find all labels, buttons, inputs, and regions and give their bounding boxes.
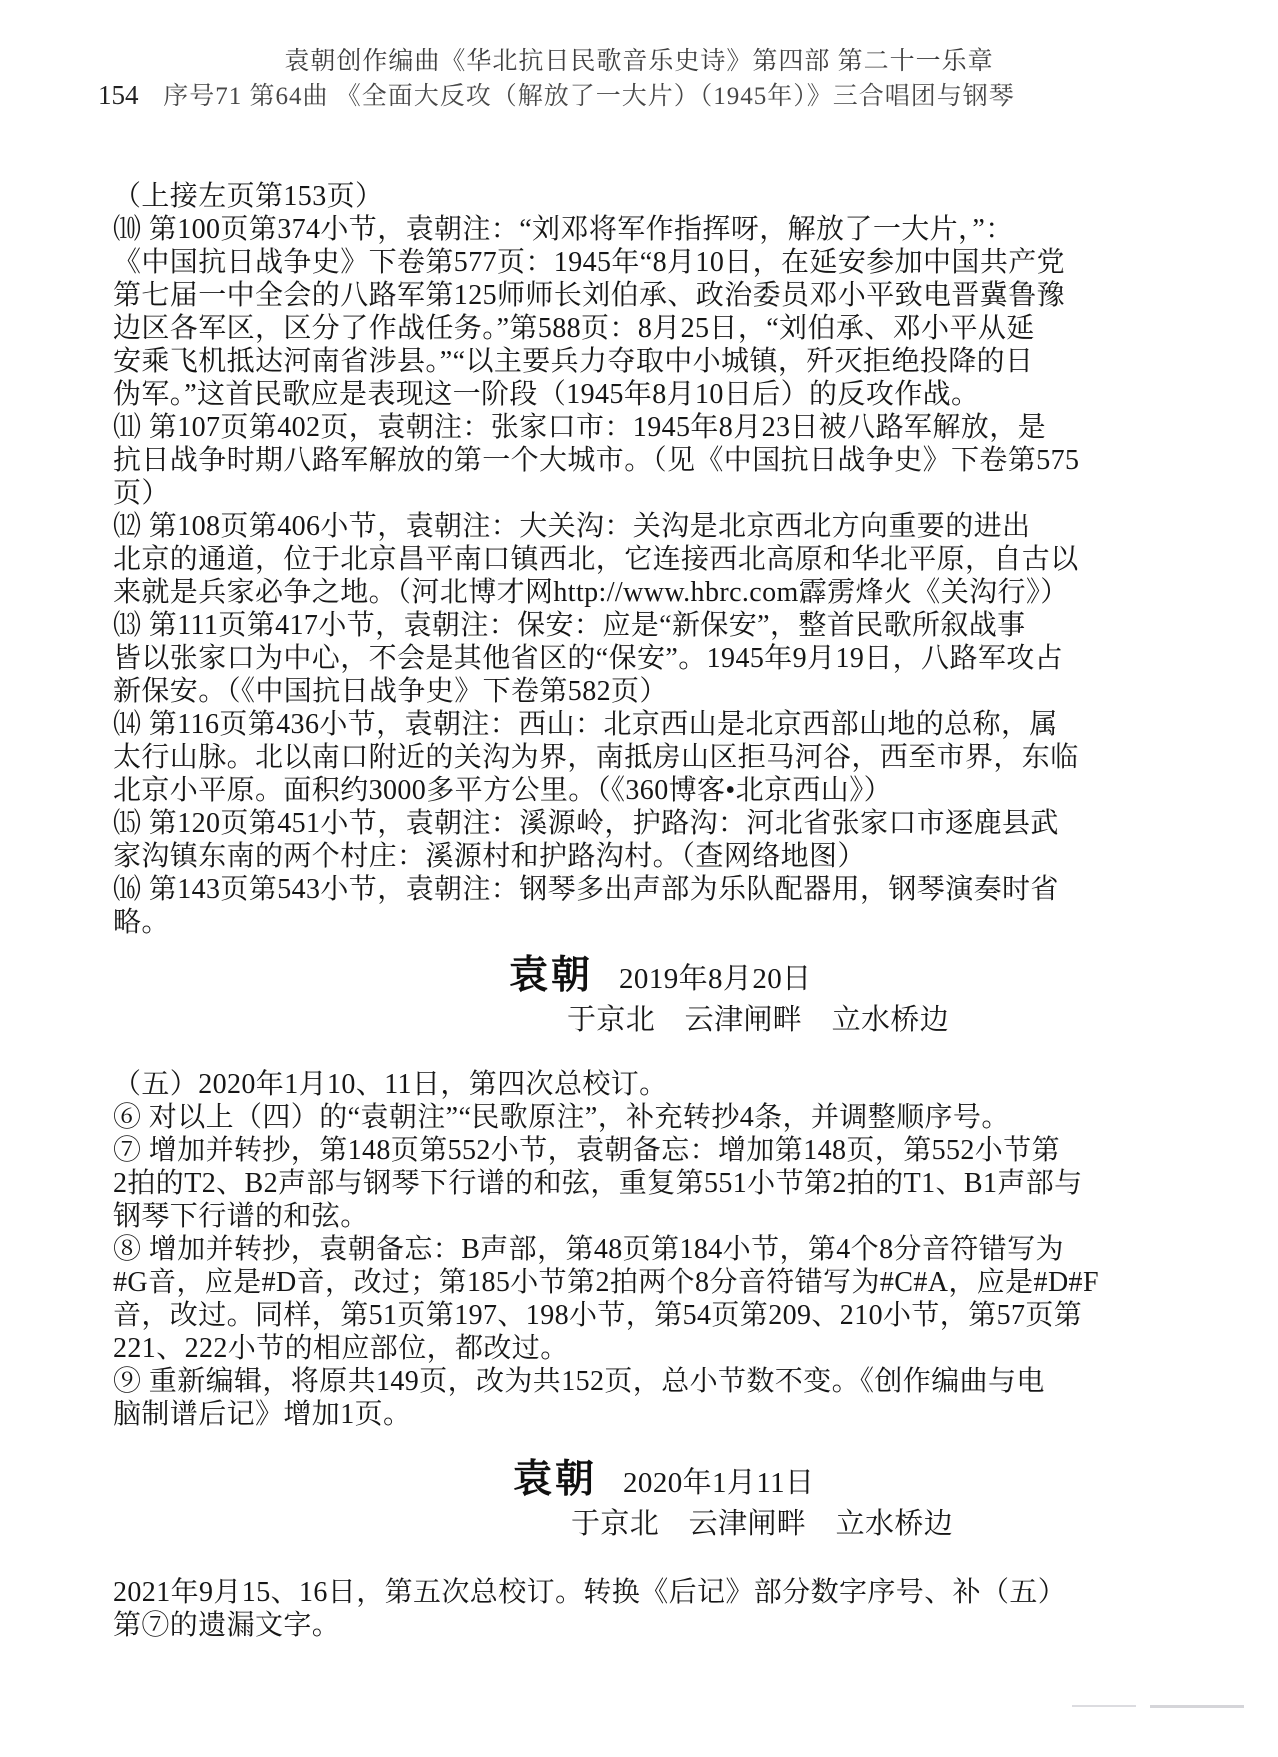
text-line: 略。 — [113, 906, 1188, 939]
text-line: ⒀ 第111页第417小节，袁朝注：保安：应是“新保安”，整首民歌所叙战事 — [113, 609, 1188, 642]
text-line: 伪军。”这首民歌应是表现这一阶段（1945年8月10日后）的反攻作战。 — [113, 378, 1188, 411]
signature-row: 袁朝2019年8月20日 — [509, 959, 1188, 996]
text-line: ⒃ 第143页第543小节，袁朝注：钢琴多出声部为乐队配器用，钢琴演奏时省 — [113, 873, 1188, 906]
text-line: 第⑦的遗漏文字。 — [113, 1609, 1188, 1642]
signature-name: 袁朝 — [509, 954, 593, 997]
text-line: 抗日战争时期八路军解放的第一个大城市。（见《中国抗日战争史》下卷第575 — [113, 444, 1188, 477]
faint-watermark — [1072, 1701, 1244, 1711]
final-revision-section: 2021年9月15、16日，第五次总校订。转换《后记》部分数字序号、补（五） 第… — [113, 1576, 1188, 1642]
text-line: 音，改过。同样，第51页第197、198小节，第54页第209、210小节，第5… — [113, 1299, 1188, 1332]
page-header: 袁朝创作编曲《华北抗日民歌音乐史诗》第四部 第二十一乐章 序号71 第64曲 《… — [0, 0, 1278, 114]
document-body: （上接左页第153页） ⑽ 第100页第374小节，袁朝注：“刘邓将军作指挥呀，… — [113, 180, 1188, 1642]
annotations-section: （上接左页第153页） ⑽ 第100页第374小节，袁朝注：“刘邓将军作指挥呀，… — [113, 180, 1188, 939]
header-title-line2: 序号71 第64曲 《全面大反攻（解放了一大片）（1945年）》三合唱团与钢琴 — [0, 79, 1228, 114]
text-line: ⒁ 第116页第436小节，袁朝注：西山：北京西山是北京西部山地的总称，属 — [113, 708, 1188, 741]
text-line: 北京的通道，位于北京昌平南口镇西北，它连接西北高原和华北平原，自古以 — [113, 543, 1188, 576]
signature-row: 袁朝2020年1月11日 — [513, 1463, 1188, 1500]
text-line: 来就是兵家必争之地。（河北博才网http://www.hbrc.com霹雳烽火《… — [113, 576, 1188, 609]
text-line: 北京小平原。面积约3000多平方公里。（《360博客•北京西山》） — [113, 774, 1188, 807]
signature-date: 2020年1月11日 — [623, 1467, 814, 1499]
signature-place: 于京北 云津闸畔 立水桥边 — [567, 1001, 1188, 1039]
text-line: 《中国抗日战争史》下卷第577页：1945年“8月10日，在延安参加中国共产党 — [113, 246, 1188, 279]
text-line: 221、222小节的相应部位，都改过。 — [113, 1332, 1188, 1365]
text-line: 2021年9月15、16日，第五次总校订。转换《后记》部分数字序号、补（五） — [113, 1576, 1188, 1609]
text-line: 家沟镇东南的两个村庄：溪源村和护路沟村。（查网络地图） — [113, 840, 1188, 873]
text-line: ⑥ 对以上（四）的“袁朝注”“民歌原注”，补充转抄4条，并调整顺序号。 — [113, 1101, 1188, 1134]
revision-section: （五）2020年1月10、11日，第四次总校订。 ⑥ 对以上（四）的“袁朝注”“… — [113, 1068, 1188, 1431]
text-line: ⑧ 增加并转抄，袁朝备忘：B声部，第48页第184小节，第4个8分音符错写为 — [113, 1233, 1188, 1266]
text-line: ⑽ 第100页第374小节，袁朝注：“刘邓将军作指挥呀，解放了一大片，”： — [113, 213, 1188, 246]
text-line: （上接左页第153页） — [113, 180, 1188, 213]
text-line: 脑制谱后记》增加1页。 — [113, 1398, 1188, 1431]
text-line: #G音，应是#D音，改过；第185小节第2拍两个8分音符错写为#C#A，应是#D… — [113, 1266, 1188, 1299]
text-line: ⑾ 第107页第402页，袁朝注：张家口市：1945年8月23日被八路军解放，是 — [113, 411, 1188, 444]
text-line: 第七届一中全会的八路军第125师师长刘伯承、政治委员邓小平致电晋冀鲁豫 — [113, 279, 1188, 312]
text-line: 边区各军区，区分了作战任务。”第588页：8月25日，“刘伯承、邓小平从延 — [113, 312, 1188, 345]
signature-block-2020: 袁朝2020年1月11日 于京北 云津闸畔 立水桥边 — [513, 1463, 1188, 1543]
text-line: （五）2020年1月10、11日，第四次总校订。 — [113, 1068, 1188, 1101]
signature-place: 于京北 云津闸畔 立水桥边 — [571, 1505, 1188, 1543]
text-line: 新保安。（《中国抗日战争史》下卷第582页） — [113, 675, 1188, 708]
text-line: 2拍的T2、B2声部与钢琴下行谱的和弦，重复第551小节第2拍的T1、B1声部与 — [113, 1167, 1188, 1200]
signature-date: 2019年8月20日 — [619, 963, 812, 995]
text-line: 安乘飞机抵达河南省涉县。”“以主要兵力夺取中小城镇，歼灭拒绝投降的日 — [113, 345, 1188, 378]
text-line: ⑦ 增加并转抄，第148页第552小节，袁朝备忘：增加第148页，第552小节第 — [113, 1134, 1188, 1167]
signature-block-2019: 袁朝2019年8月20日 于京北 云津闸畔 立水桥边 — [509, 959, 1188, 1039]
text-line: ⑨ 重新编辑，将原共149页，改为共152页，总小节数不变。《创作编曲与电 — [113, 1365, 1188, 1398]
text-line: 太行山脉。北以南口附近的关沟为界，南抵房山区拒马河谷，西至市界，东临 — [113, 741, 1188, 774]
text-line: 页） — [113, 477, 1188, 510]
signature-name: 袁朝 — [513, 1458, 597, 1501]
text-line: 皆以张家口为中心，不会是其他省区的“保安”。1945年9月19日，八路军攻占 — [113, 642, 1188, 675]
header-title-line1: 袁朝创作编曲《华北抗日民歌音乐史诗》第四部 第二十一乐章 — [0, 44, 1278, 79]
text-line: ⒂ 第120页第451小节，袁朝注：溪源岭，护路沟：河北省张家口市逐鹿县武 — [113, 807, 1188, 840]
text-line: ⑿ 第108页第406小节，袁朝注：大关沟：关沟是北京西北方向重要的进出 — [113, 510, 1188, 543]
text-line: 钢琴下行谱的和弦。 — [113, 1200, 1188, 1233]
